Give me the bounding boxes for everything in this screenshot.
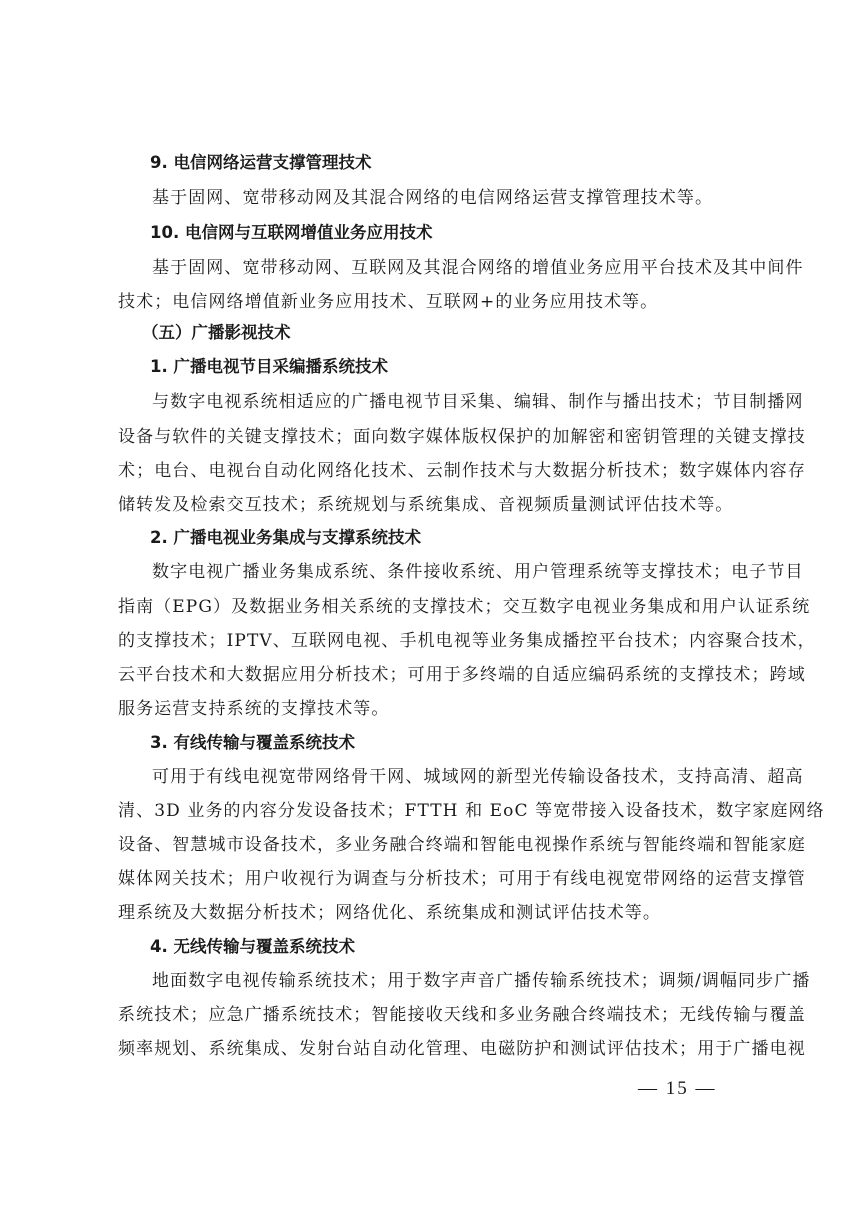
heading-2: 2. 广播电视业务集成与支撑系统技术 bbox=[150, 527, 770, 549]
paragraph-line: 的支撑技术；IPTV、互联网电视、手机电视等业务集成播控平台技术；内容聚合技术， bbox=[118, 630, 738, 652]
heading-3: 3. 有线传输与覆盖系统技术 bbox=[150, 732, 770, 754]
paragraph-line: 服务运营支持系统的支撑技术等。 bbox=[118, 698, 738, 720]
paragraph-line: 云平台技术和大数据应用分析技术；可用于多终端的自适应编码系统的支撑技术；跨域 bbox=[118, 664, 738, 686]
paragraph-line: 基于固网、宽带移动网、互联网及其混合网络的增值业务应用平台技术及其中间件 bbox=[152, 257, 772, 279]
paragraph-line: 与数字电视系统相适应的广播电视节目采集、编辑、制作与播出技术；节目制播网 bbox=[152, 391, 772, 413]
paragraph-line: 设备与软件的关键支撑技术；面向数字媒体版权保护的加解密和密钥管理的关键支撑技 bbox=[118, 426, 738, 448]
page-number: — 15 — bbox=[638, 1078, 717, 1100]
paragraph-line: 清、3D 业务的内容分发设备技术；FTTH 和 EoC 等宽带接入设备技术，数字… bbox=[118, 800, 738, 822]
paragraph-line: 技术；电信网络增值新业务应用技术、互联网+的业务应用技术等。 bbox=[118, 291, 738, 313]
paragraph-line: 术；电台、电视台自动化网络化技术、云制作技术与大数据分析技术；数字媒体内容存 bbox=[118, 460, 738, 482]
paragraph-line: 数字电视广播业务集成系统、条件接收系统、用户管理系统等支撑技术；电子节目 bbox=[152, 561, 772, 583]
section-heading: （五）广播影视技术 bbox=[142, 322, 762, 344]
document-page: 9. 电信网络运营支撑管理技术 基于固网、宽带移动网及其混合网络的电信网络运营支… bbox=[0, 0, 860, 1216]
heading-9: 9. 电信网络运营支撑管理技术 bbox=[150, 152, 770, 174]
heading-10: 10. 电信网与互联网增值业务应用技术 bbox=[150, 222, 770, 244]
paragraph-line: 媒体网关技术；用户收视行为调查与分析技术；可用于有线电视宽带网络的运营支撑管 bbox=[118, 868, 738, 890]
paragraph-line: 基于固网、宽带移动网及其混合网络的电信网络运营支撑管理技术等。 bbox=[152, 187, 772, 209]
heading-1: 1. 广播电视节目采编播系统技术 bbox=[150, 356, 770, 378]
paragraph-line: 频率规划、系统集成、发射台站自动化管理、电磁防护和测试评估技术；用于广播电视 bbox=[118, 1038, 738, 1060]
paragraph-line: 地面数字电视传输系统技术；用于数字声音广播传输系统技术；调频/调幅同步广播 bbox=[152, 970, 772, 992]
paragraph-line: 可用于有线电视宽带网络骨干网、城域网的新型光传输设备技术，支持高清、超高 bbox=[152, 766, 772, 788]
paragraph-line: 指南（EPG）及数据业务相关系统的支撑技术；交互数字电视业务集成和用户认证系统 bbox=[118, 596, 738, 618]
paragraph-line: 系统技术；应急广播系统技术；智能接收天线和多业务融合终端技术；无线传输与覆盖 bbox=[118, 1004, 738, 1026]
heading-4: 4. 无线传输与覆盖系统技术 bbox=[150, 936, 770, 958]
paragraph-line: 理系统及大数据分析技术；网络优化、系统集成和测试评估技术等。 bbox=[118, 902, 738, 924]
paragraph-line: 设备、智慧城市设备技术，多业务融合终端和智能电视操作系统与智能终端和智能家庭 bbox=[118, 834, 738, 856]
paragraph-line: 储转发及检索交互技术；系统规划与系统集成、音视频质量测试评估技术等。 bbox=[118, 494, 738, 516]
